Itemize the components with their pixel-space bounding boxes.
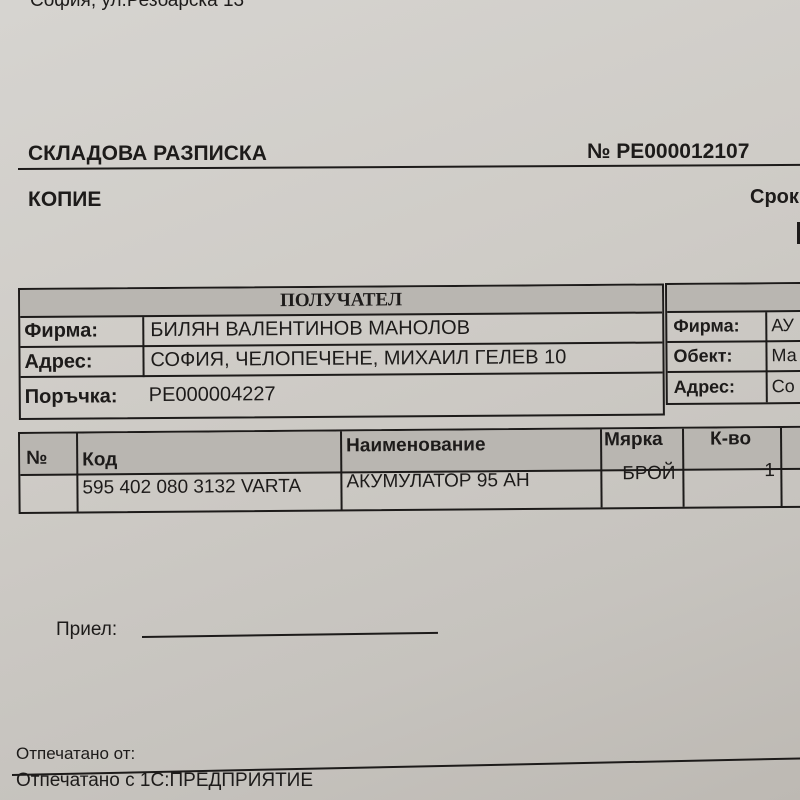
sender-firm-label: Фирма: xyxy=(673,315,739,336)
header-qty: К-во xyxy=(710,428,751,450)
sender-firm-value: АУ xyxy=(771,315,794,336)
order-value: PE000004227 xyxy=(149,383,276,407)
item-unit: БРОЙ xyxy=(622,463,675,485)
item-qty: 1 xyxy=(764,460,775,482)
address-value: СОФИЯ, ЧЕЛОПЕЧЕНЕ, МИХАИЛ ГЕЛЕВ 10 xyxy=(150,346,566,372)
printed-with-label: Отпечатано с 1С:ПРЕДПРИЯТИЕ xyxy=(16,770,313,792)
header-unit: Мярка xyxy=(604,429,663,451)
term-label: Срок xyxy=(750,186,799,209)
sender-object-value: Ма xyxy=(771,345,796,366)
recipient-box: ПОЛУЧАТЕЛ Фирма: БИЛЯН ВАЛЕНТИНОВ МАНОЛО… xyxy=(18,283,665,420)
sender-address-label: Адрес: xyxy=(674,377,735,398)
recipient-heading: ПОЛУЧАТЕЛ xyxy=(20,286,662,318)
receipt-paper: София, ул.Резбарска 13 СКЛАДОВА РАЗПИСКА… xyxy=(0,0,800,800)
copy-label: КОПИЕ xyxy=(28,188,101,212)
received-label: Приел: xyxy=(56,619,117,641)
item-name: АКУМУЛАТОР 95 АН xyxy=(346,470,529,493)
items-table: № Код Наименование Мярка К-во 595 402 08… xyxy=(18,426,800,514)
firm-value: БИЛЯН ВАЛЕНТИНОВ МАНОЛОВ xyxy=(150,317,470,342)
sender-object-label: Обект: xyxy=(673,346,732,367)
order-label: Поръчка: xyxy=(25,385,118,409)
sender-address-value: Со xyxy=(772,376,795,397)
firm-label: Фирма: xyxy=(24,319,98,343)
item-code: 595 402 080 3132 VARTA xyxy=(82,476,301,500)
sender-object-row: Обект: Ма xyxy=(667,342,800,373)
recipient-divider xyxy=(142,317,144,377)
company-address: София, ул.Резбарска 13 xyxy=(30,0,244,12)
header-code: Код xyxy=(82,449,117,471)
sender-box: Фирма: АУ Обект: Ма Адрес: Со xyxy=(665,282,800,405)
sender-firm-row: Фирма: АУ xyxy=(667,312,800,343)
address-label: Адрес: xyxy=(24,350,92,373)
document-number: № PE000012107 xyxy=(587,140,749,164)
document-title: СКЛАДОВА РАЗПИСКА xyxy=(28,142,267,166)
printed-by-label: Отпечатано от: xyxy=(16,744,135,764)
sender-heading xyxy=(667,284,800,313)
header-name: Наименование xyxy=(346,434,486,457)
header-no: № xyxy=(26,448,47,470)
recipient-firm-row: Фирма: БИЛЯН ВАЛЕНТИНОВ МАНОЛОВ xyxy=(20,314,662,348)
recipient-address-row: Адрес: СОФИЯ, ЧЕЛОПЕЧЕНЕ, МИХАИЛ ГЕЛЕВ 1… xyxy=(20,344,662,378)
signature-line xyxy=(142,632,438,638)
